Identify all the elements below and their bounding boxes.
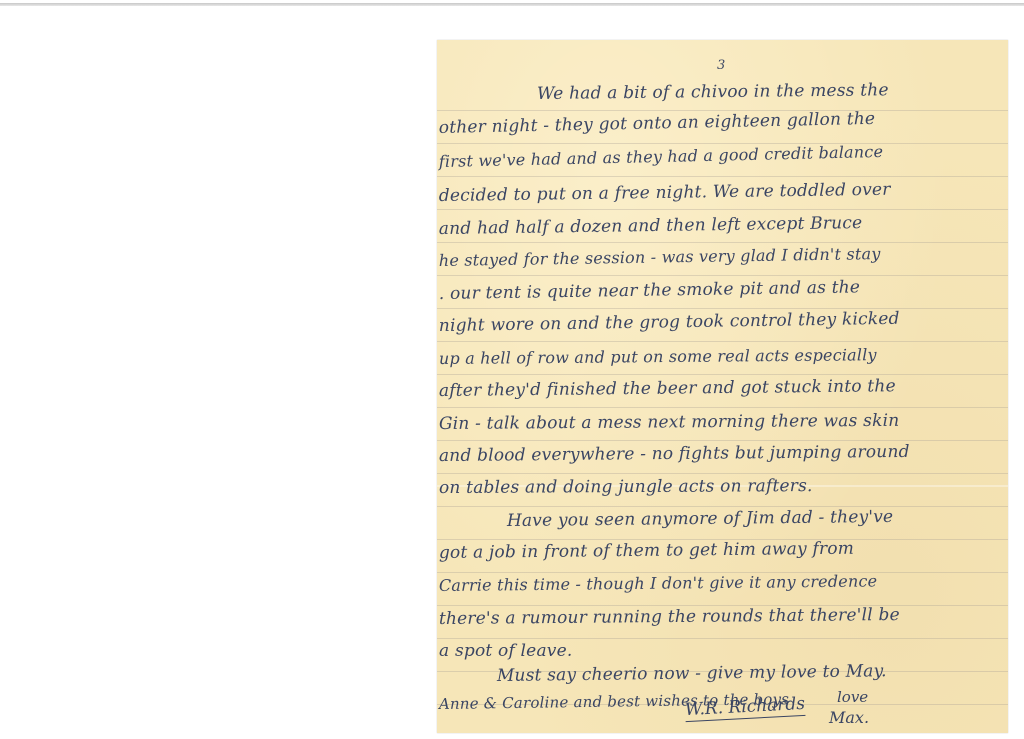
ruled-line — [437, 473, 1008, 474]
ruled-line — [437, 275, 1008, 276]
letter-line: other night - they got onto an eighteen … — [439, 109, 876, 138]
letter-line: Have you seen anymore of Jim dad - they'… — [507, 507, 894, 531]
ruled-line — [437, 242, 1008, 243]
letter-line: on tables and doing jungle acts on rafte… — [439, 476, 813, 498]
letter-line: there's a rumour running the rounds that… — [439, 605, 900, 629]
ruled-line — [437, 308, 1008, 309]
letter-line: . our tent is quite near the smoke pit a… — [439, 277, 861, 304]
letter-line: decided to put on a free night. We are t… — [439, 180, 891, 206]
letter-line: after they'd finished the beer and got s… — [439, 376, 896, 401]
ruled-line — [437, 176, 1008, 177]
closing-love: love — [837, 688, 868, 706]
letter-line: Carrie this time - though I don't give i… — [439, 571, 878, 595]
ruled-line — [437, 110, 1008, 111]
ruled-line — [437, 407, 1008, 408]
letter-line: and blood everywhere - no fights but jum… — [439, 442, 910, 466]
letter-line: he stayed for the session - was very gla… — [439, 244, 881, 270]
ruled-line — [437, 638, 1008, 639]
scanner-edge — [0, 3, 1024, 6]
ruled-line — [437, 506, 1008, 507]
letter-line: got a job in front of them to get him aw… — [439, 539, 854, 563]
ruled-line — [437, 374, 1008, 375]
letter-line: night wore on and the grog took control … — [439, 309, 900, 336]
letter-line: up a hell of row and put on some real ac… — [439, 345, 877, 368]
letter-line: a spot of leave. — [439, 641, 572, 661]
ruled-line — [437, 440, 1008, 441]
letter-line: Must say cheerio now - give my love to M… — [497, 661, 887, 686]
ruled-line — [437, 341, 1008, 342]
page-number: 3 — [717, 58, 725, 73]
letter-page: 3 We had a bit of a chivoo in the mess t… — [437, 40, 1008, 733]
letter-line: and had half a dozen and then left excep… — [439, 213, 863, 239]
closing-name: Max. — [829, 708, 869, 727]
letter-line: Gin - talk about a mess next morning the… — [439, 411, 900, 434]
ruled-line — [437, 143, 1008, 144]
letter-line: We had a bit of a chivoo in the mess the — [537, 80, 889, 104]
ruled-line — [437, 209, 1008, 210]
letter-line: first we've had and as they had a good c… — [439, 142, 884, 171]
